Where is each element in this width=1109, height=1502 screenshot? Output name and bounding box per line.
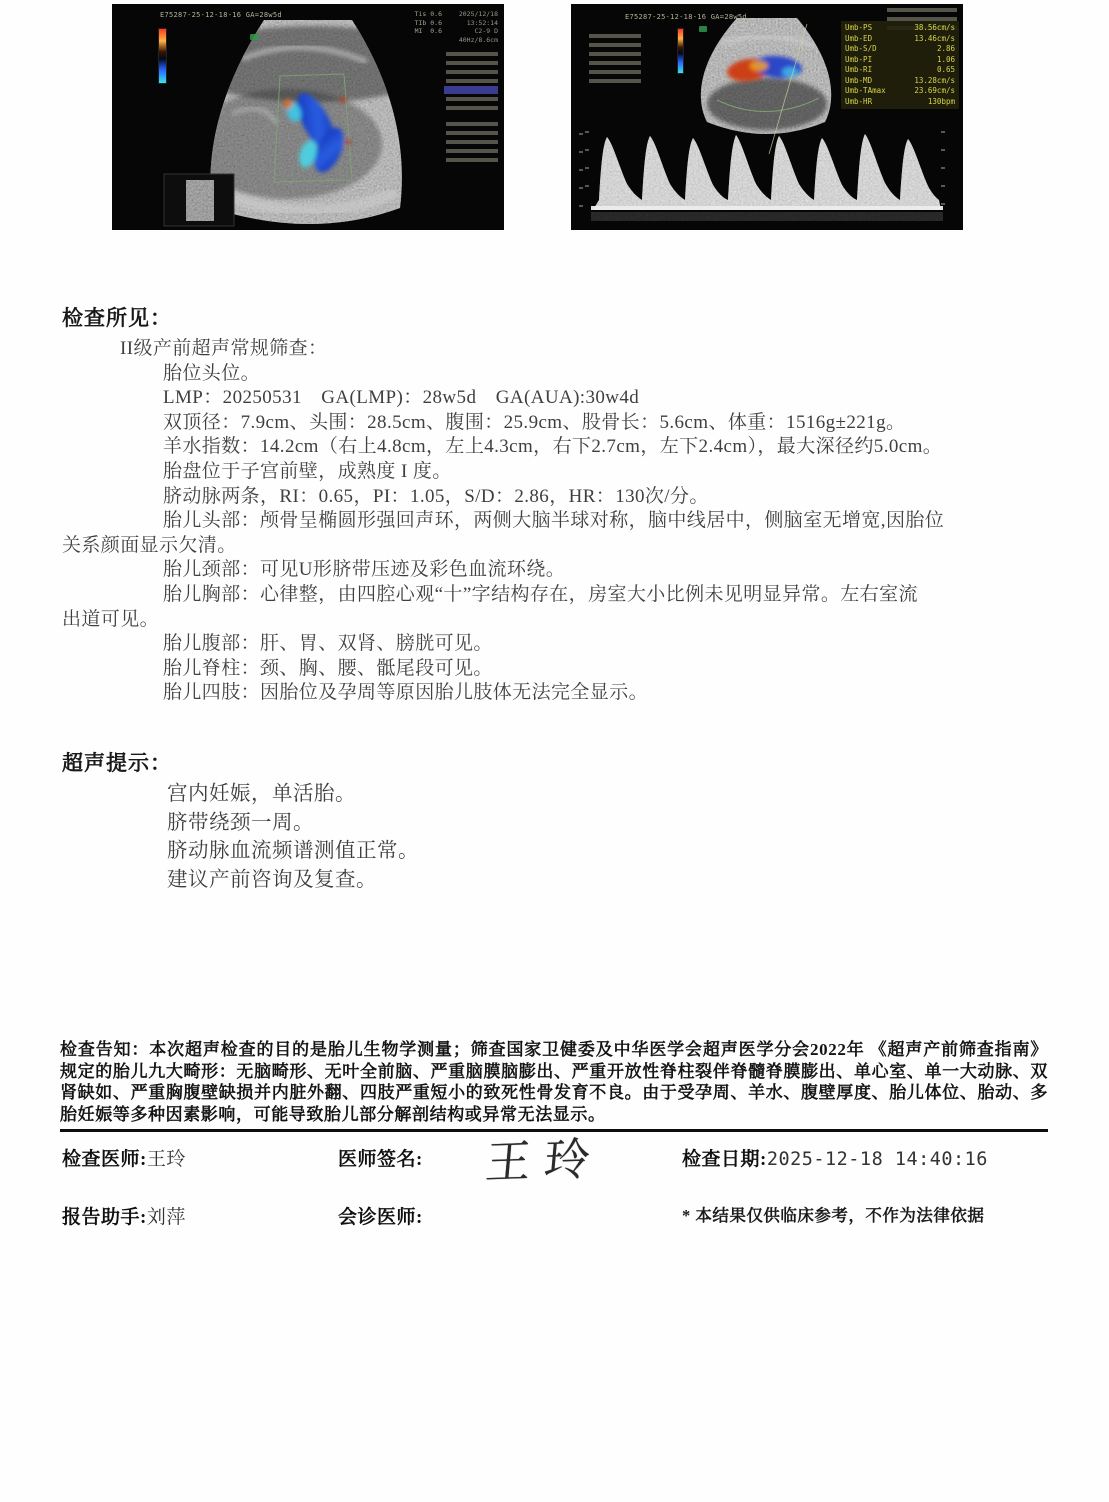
signature-cell: 医师签名: [338, 1144, 423, 1171]
disclaimer-cell: * 本结果仅供临床参考，不作为法律依据 [682, 1202, 984, 1227]
ultrasound-report-page: E75287-25-12-18-16 GA=28w5d Tis 0.6 TIb … [0, 0, 1109, 1502]
findings-line: 胎位头位。 [62, 362, 1062, 387]
impression-line: 脐动脉血流频谱测值正常。 [167, 837, 419, 866]
examiner-name: 王玲 [147, 1149, 186, 1170]
acoustic-index-text: Tis 0.6 TIb 0.6 MI 0.6 [415, 10, 442, 36]
measurement-row: Umb-PS38.56cm/s [845, 23, 955, 34]
findings-line: 胎儿四肢：因胎位及孕周等原因胎儿肢体无法完全显示。 [62, 681, 1062, 706]
findings-line: 胎儿脊柱：颈、胸、腰、骶尾段可见。 [62, 657, 1062, 682]
impression-line: 脐带绕颈一周。 [167, 809, 419, 838]
doppler-color-scale [158, 28, 167, 84]
machine-settings-microtext [446, 122, 498, 162]
measurement-row: Umb-RI0.65 [845, 65, 955, 76]
impression-line: 建议产前咨询及复查。 [167, 866, 419, 895]
findings-text-block: II级产前超声常规筛查： 胎位头位。 LMP：20250531 GA(LMP)：… [62, 337, 1062, 706]
examiner-cell: 检查医师:王玲 [62, 1144, 186, 1171]
findings-line: LMP：20250531 GA(LMP)：28w5d GA(AUA):30w4d [62, 386, 1062, 411]
orientation-marker-icon [250, 34, 258, 40]
assistant-name: 刘萍 [147, 1207, 186, 1228]
consultant-cell: 会诊医师: [338, 1202, 423, 1229]
ultrasound-scan-graphic [112, 4, 504, 230]
measurement-row: Umb-PI1.06 [845, 55, 955, 66]
findings-line: 羊水指数：14.2cm（右上4.8cm，左上4.3cm，右下2.7cm，左下2.… [62, 435, 1062, 460]
measurement-row: Umb-HR130bpm [845, 97, 955, 108]
machine-settings-microtext [446, 52, 498, 112]
examination-notice-paragraph: 检查告知：本次超声检查的目的是胎儿生物学测量；筛查国家卫健委及中华医学会超声医学… [60, 1039, 1048, 1132]
assistant-label: 报告助手: [62, 1207, 147, 1228]
scan-datetime-text: 2025/12/18 13:52:14 C2-9 D 40Hz/8.6cm [459, 10, 498, 44]
examiner-label: 检查医师: [62, 1149, 147, 1170]
findings-line: 关系颜面显示欠清。 [62, 534, 1062, 559]
patient-id-text: E75287-25-12-18-16 GA=28w5d [160, 11, 282, 19]
exam-date-label: 检查日期: [682, 1149, 767, 1170]
exam-date-value: 2025-12-18 14:40:16 [767, 1149, 988, 1170]
umbilical-measurements-panel: Umb-PS38.56cm/s Umb-ED13.46cm/s Umb-S/D2… [841, 21, 959, 109]
impression-line: 宫内妊娠，单活胎。 [167, 780, 419, 809]
findings-line: 双顶径：7.9cm、头围：28.5cm、腹围：25.9cm、股骨长：5.6cm、… [62, 411, 1062, 436]
findings-line: II级产前超声常规筛查： [62, 337, 1062, 362]
findings-line: 胎儿胸部：心律整，由四腔心观“十”字结构存在，房室大小比例未见明显异常。左右室流 [62, 583, 1062, 608]
orientation-marker-icon [699, 26, 707, 32]
ultrasound-image-color-doppler: E75287-25-12-18-16 GA=28w5d Tis 0.6 TIb … [112, 4, 504, 230]
impression-text-block: 宫内妊娠，单活胎。 脐带绕颈一周。 脐动脉血流频谱测值正常。 建议产前咨询及复查… [167, 780, 419, 894]
machine-settings-microtext [589, 34, 641, 86]
exam-date-cell: 检查日期:2025-12-18 14:40:16 [682, 1144, 988, 1171]
findings-line: 胎盘位于子宫前壁，成熟度 I 度。 [62, 460, 1062, 485]
doctor-handwritten-signature: 王玲 [483, 1122, 607, 1191]
assistant-cell: 报告助手:刘萍 [62, 1202, 186, 1229]
findings-line: 胎儿头部：颅骨呈椭圆形强回声环，两侧大脑半球对称，脑中线居中，侧脑室无增宽,因胎… [62, 509, 1062, 534]
findings-line: 胎儿颈部：可见U形脐带压迹及彩色血流环绕。 [62, 558, 1062, 583]
findings-line: 胎儿腹部：肝、胃、双肾、膀胱可见。 [62, 632, 1062, 657]
disclaimer-text: * 本结果仅供临床参考，不作为法律依据 [682, 1206, 984, 1225]
consultant-label: 会诊医师: [338, 1207, 423, 1228]
measurement-row: Umb-MD13.28cm/s [845, 76, 955, 87]
measurement-row: Umb-TAmax23.69cm/s [845, 86, 955, 97]
findings-line: 出道可见。 [62, 608, 1062, 633]
findings-section-title: 检查所见： [62, 302, 172, 332]
impression-section-title: 超声提示： [62, 747, 172, 777]
ultrasound-image-spectral-doppler: E75287-25-12-18-16 GA=28w5d Umb-PS38.56c… [571, 4, 963, 230]
signature-label: 医师签名: [338, 1149, 423, 1170]
highlighted-setting-bar [444, 86, 498, 94]
measurement-row: Umb-S/D2.86 [845, 44, 955, 55]
measurement-row: Umb-ED13.46cm/s [845, 34, 955, 45]
doppler-color-scale [677, 28, 684, 74]
findings-line: 脐动脉两条，RI：0.65，PI：1.05，S/D：2.86，HR：130次/分… [62, 485, 1062, 510]
patient-id-text: E75287-25-12-18-16 GA=28w5d [625, 13, 747, 21]
